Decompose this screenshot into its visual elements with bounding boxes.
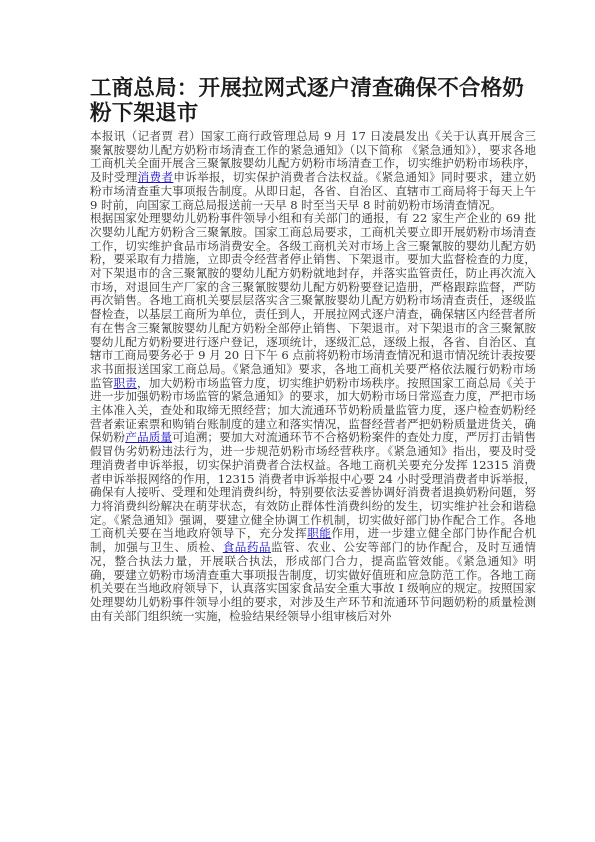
article-paragraph: 本报讯（记者贾 君）国家工商行政管理总局 9 月 17 日凌晨发出《关于认真开展… [90,130,536,212]
article-title: 工商总局：开展拉网式逐户清查确保不合格奶粉下架退市 [90,76,536,126]
paragraph-text: 根据国家处理婴幼儿奶粉事件领导小组和有关部门的通报，有 22 家生产企业的 69… [90,211,536,389]
inline-link[interactable]: 职能 [307,526,331,540]
paragraph-text: 可追溯；要加大对流通环节不合格奶粉案件的查处力度，严厉打击销售假冒伪劣奶粉违法行… [90,430,536,540]
inline-link[interactable]: 消费者 [138,170,174,184]
inline-link[interactable]: 产品质量 [125,430,172,444]
inline-link[interactable]: 职责 [113,376,136,390]
article-body: 本报讯（记者贾 君）国家工商行政管理总局 9 月 17 日凌晨发出《关于认真开展… [90,130,536,623]
inline-link[interactable]: 食品药品 [223,540,271,554]
article-paragraph: 根据国家处理婴幼儿奶粉事件领导小组和有关部门的通报，有 22 家生产企业的 69… [90,212,536,623]
document-page: 工商总局：开展拉网式逐户清查确保不合格奶粉下架退市 本报讯（记者贾 君）国家工商… [90,76,536,623]
